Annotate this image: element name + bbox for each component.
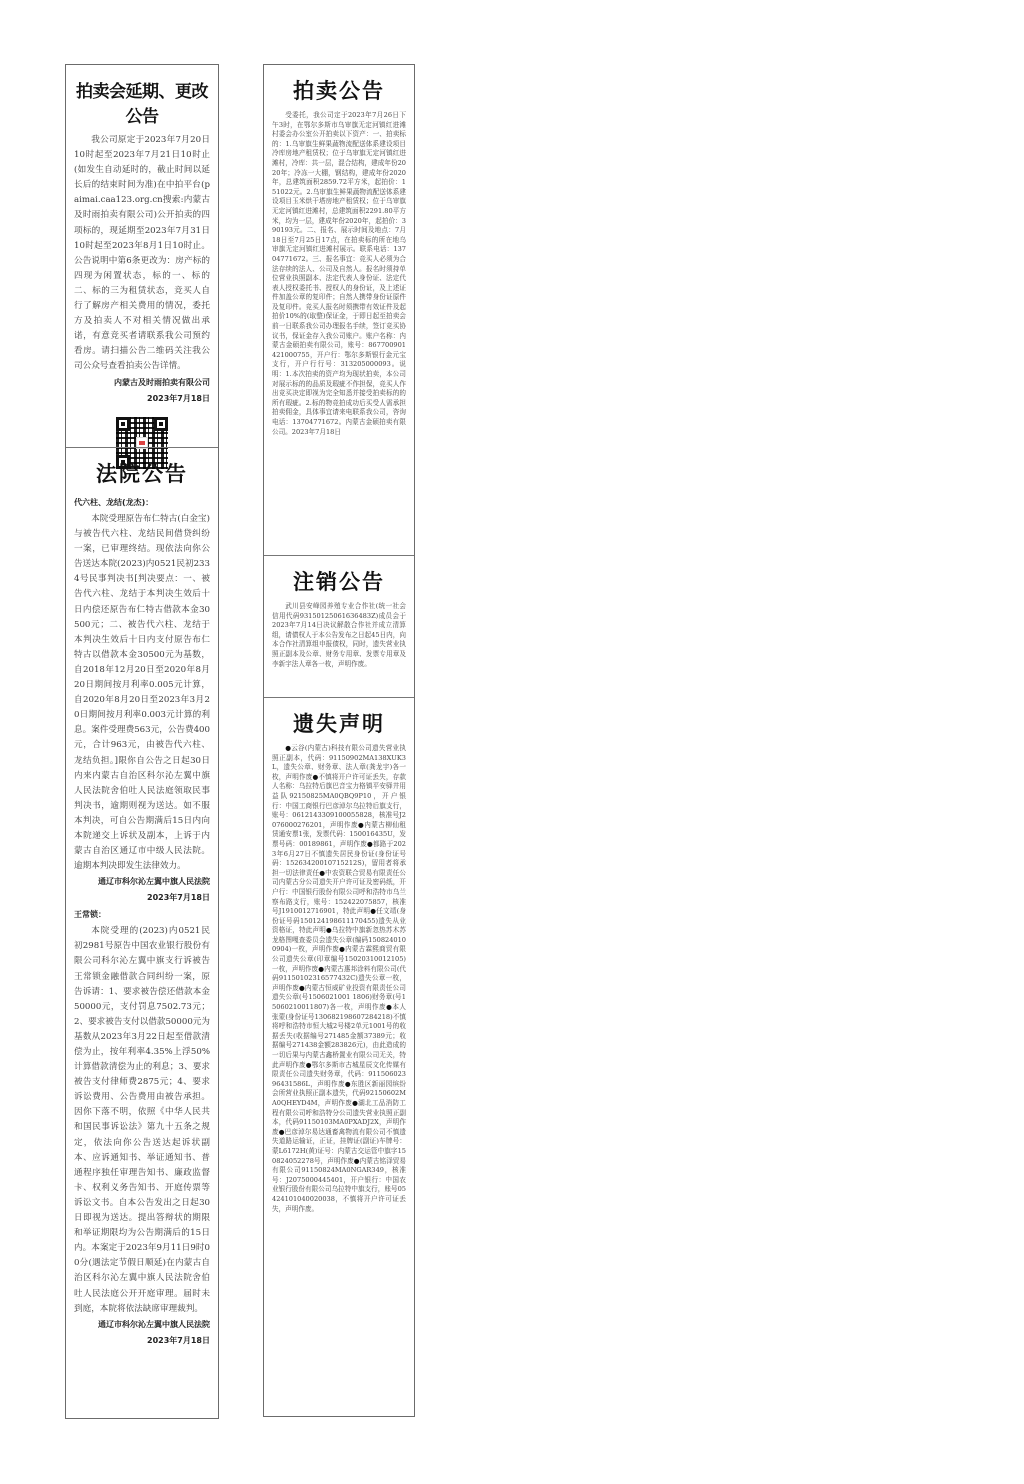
court-notice-2-body: 本院受理的(2023)内0521民初2981号原告中国农业银行股份有限公司科尔沁… [74,924,210,1316]
court-notice-2: 王常锁： 本院受理的(2023)内0521民初2981号原告中国农业银行股份有限… [74,908,210,1348]
loss-statement: 遗失声明 ●云谷(内蒙古)科技有限公司遗失营业执照正副本，代码：91150902… [264,697,414,1214]
auction-postponement-date: 2023年7月18日 [74,391,210,407]
loss-statement-body: ●云谷(内蒙古)科技有限公司遗失营业执照正副本，代码：91150902MA138… [272,744,406,1214]
court-notice: 法院公告 代六柱、龙结(龙杰)： 本院受理原告布仁特古(白金宝)与被告代六柱、龙… [66,447,218,1349]
court-notice-1-date: 2023年7月18日 [74,890,210,906]
right-column: 拍卖公告 受委托，我公司定于2023年7月26日下午3时，在鄂尔多斯市乌审旗无定… [263,64,415,1417]
loss-item: 本人张蒙(身份证号130682198607284218)不慎将呼和浩特市恒大城2… [272,1003,406,1069]
cancellation-notice-title: 注销公告 [272,556,406,602]
court-notice-2-addressee: 王常锁： [74,908,210,922]
court-notice-1-addressee: 代六柱、龙结(龙杰)： [74,496,210,510]
auction-postponement-notice: 拍卖会延期、更改公告 我公司原定于2023年7月20日10时起至2023年7月2… [66,65,218,447]
court-notice-title: 法院公告 [74,448,210,494]
court-notice-2-date: 2023年7月18日 [74,1333,210,1349]
court-notice-1-signer: 通辽市科尔沁左翼中旗人民法院 [74,874,210,890]
cancellation-notice-body: 武川县安峰园养殖专业合作社(统一社会信用代码93150125061636483Z… [272,602,406,669]
cancellation-notice: 注销公告 武川县安峰园养殖专业合作社(统一社会信用代码9315012506163… [264,555,414,697]
auction-notice: 拍卖公告 受委托，我公司定于2023年7月26日下午3时，在鄂尔多斯市乌审旗无定… [264,65,414,555]
loss-statement-title: 遗失声明 [272,698,406,744]
qr-finder-icon [116,417,130,431]
auction-postponement-title: 拍卖会延期、更改公告 [74,65,210,133]
left-column: 拍卖会延期、更改公告 我公司原定于2023年7月20日10时起至2023年7月2… [65,64,219,1419]
auction-postponement-body: 我公司原定于2023年7月20日10时起至2023年7月21日10时止(如发生自… [74,133,210,375]
auction-postponement-signer: 内蒙古及时雨拍卖有限公司 [74,375,210,391]
auction-notice-body: 受委托，我公司定于2023年7月26日下午3时，在鄂尔多斯市乌审旗无定河镇红进滩… [272,111,406,437]
auction-notice-title: 拍卖公告 [272,65,406,111]
qr-finder-icon [154,417,168,431]
court-notice-2-signer: 通辽市科尔沁左翼中旗人民法院 [74,1317,210,1333]
court-notice-1-body: 本院受理原告布仁特古(白金宝)与被告代六柱、龙结民间借贷纠纷一案，已审理终结。现… [74,512,210,874]
court-notice-1: 代六柱、龙结(龙杰)： 本院受理原告布仁特古(白金宝)与被告代六柱、龙结民间借贷… [74,496,210,906]
